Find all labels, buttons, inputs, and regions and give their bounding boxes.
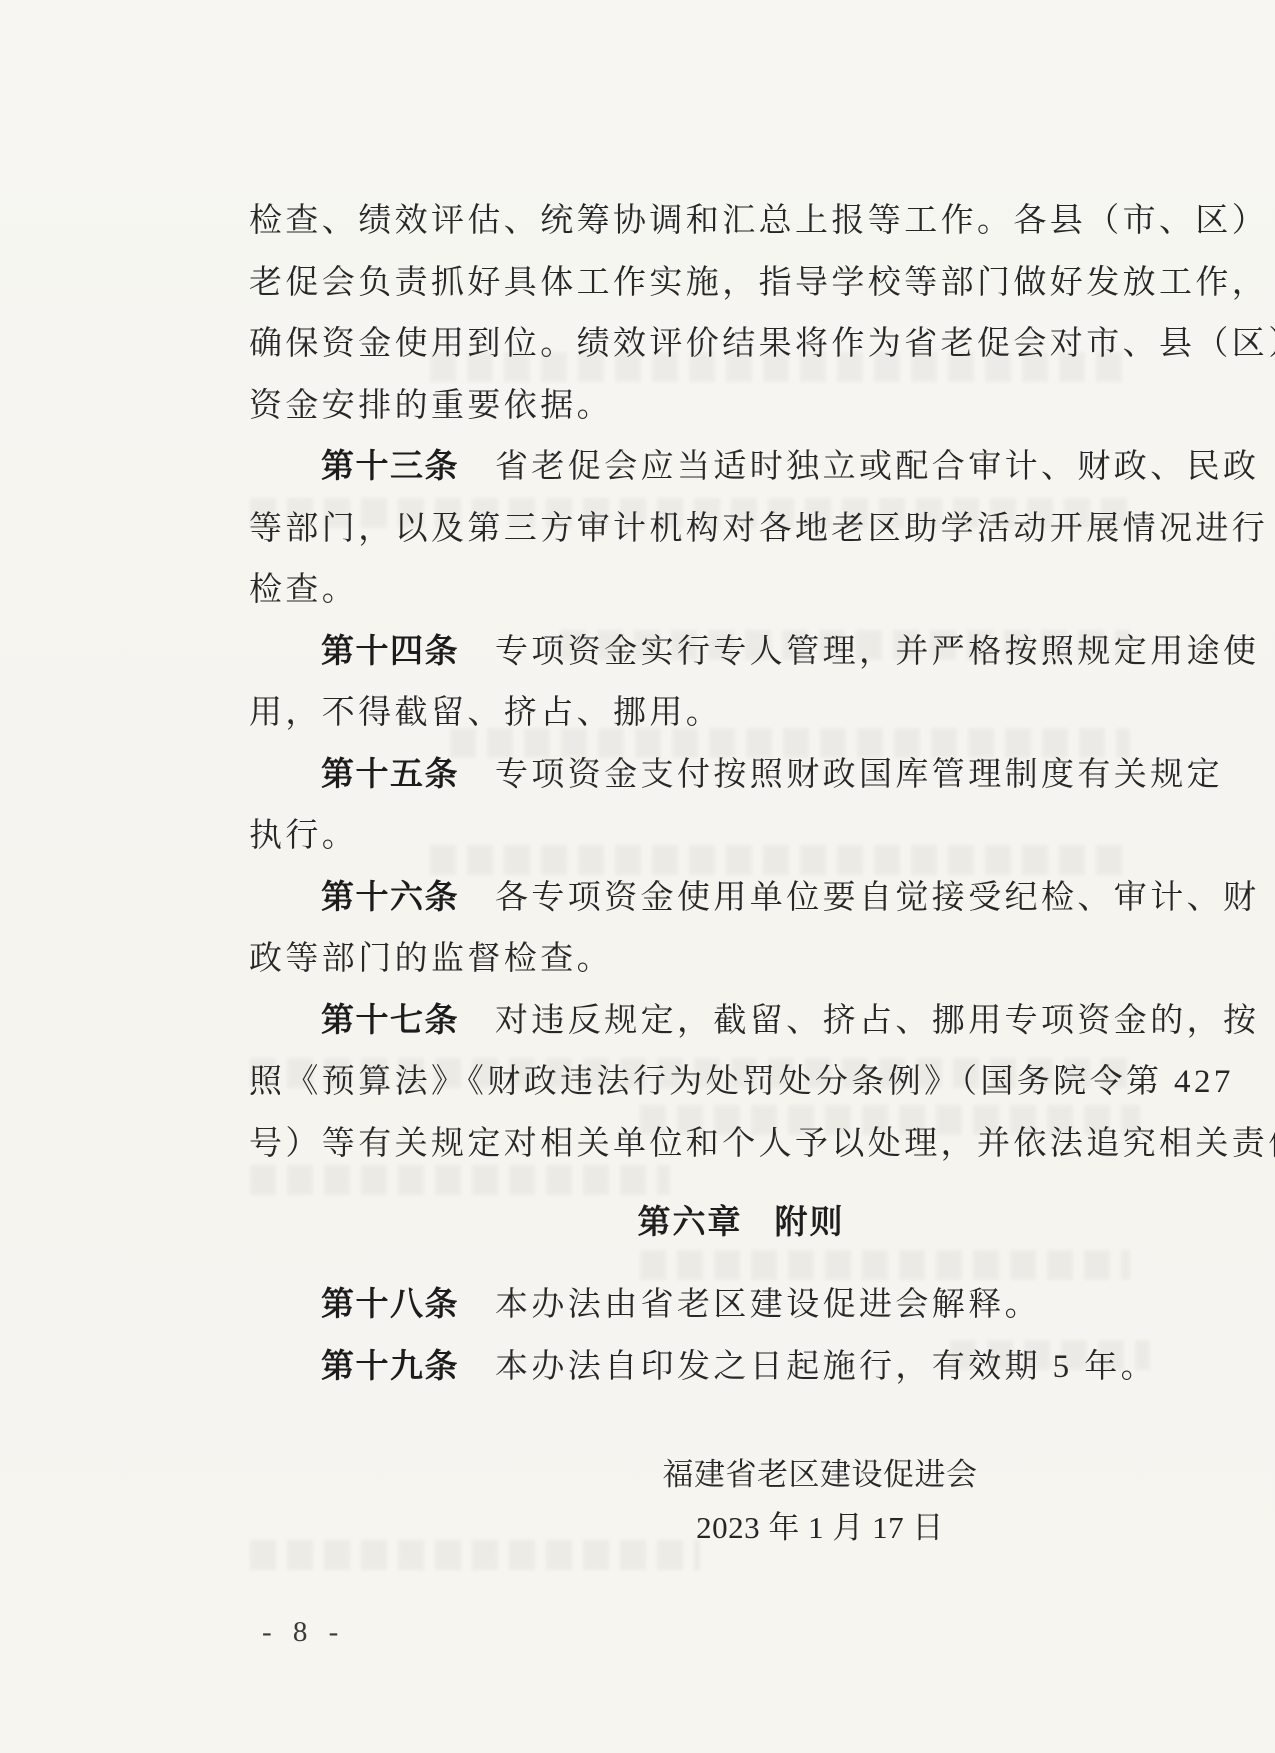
line-text: 确保资金使用到位。绩效评价结果将作为省老促会对市、县（区） xyxy=(249,326,1275,362)
line-text: 号）等有关规定对相关单位和个人予以处理，并依法追究相关责任。 xyxy=(249,1126,1275,1162)
line-text: 照《预算法》《财政违法行为处罚处分条例》（国务院令第 427 xyxy=(249,1064,1234,1100)
line-text: 本办法自印发之日起施行，有效期 5 年。 xyxy=(495,1349,1157,1385)
line-text: 检查、绩效评估、统筹协调和汇总上报等工作。各县（市、区） xyxy=(249,203,1268,239)
chapter-title: 附则 xyxy=(775,1205,845,1241)
line-text: 省老促会应当适时独立或配合审计、财政、民政 xyxy=(495,449,1259,485)
body-line: 老促会负责抓好具体工作实施，指导学校等部门做好发放工作， xyxy=(249,253,1233,315)
closing-articles: 第十八条本办法由省老区建设促进会解释。 第十九条本办法自印发之日起施行，有效期 … xyxy=(249,1275,1233,1398)
body-line-article-16: 第十六条各专项资金使用单位要自觉接受纪检、审计、财 xyxy=(249,868,1233,930)
signature-date: 2023 年 1 月 17 日 xyxy=(620,1501,1020,1554)
article-number: 第十四条 xyxy=(321,634,459,670)
line-text: 本办法由省老区建设促进会解释。 xyxy=(495,1287,1041,1323)
body-line: 执行。 xyxy=(249,806,1233,868)
body-line-article-14: 第十四条专项资金实行专人管理，并严格按照规定用途使 xyxy=(249,622,1233,684)
body-line: 用，不得截留、挤占、挪用。 xyxy=(249,683,1233,745)
signature-organization: 福建省老区建设促进会 xyxy=(620,1448,1020,1501)
line-text: 资金安排的重要依据。 xyxy=(249,388,613,424)
body-line: 检查、绩效评估、统筹协调和汇总上报等工作。各县（市、区） xyxy=(249,191,1233,253)
page-number: - 8 - xyxy=(262,1616,345,1649)
scanned-document-page: 检查、绩效评估、统筹协调和汇总上报等工作。各县（市、区） 老促会负责抓好具体工作… xyxy=(0,0,1275,1753)
line-text: 检查。 xyxy=(249,572,358,608)
line-text: 各专项资金使用单位要自觉接受纪检、审计、财 xyxy=(495,880,1259,916)
signature-block: 福建省老区建设促进会 2023 年 1 月 17 日 xyxy=(620,1448,1020,1554)
body-line-article-19: 第十九条本办法自印发之日起施行，有效期 5 年。 xyxy=(249,1337,1233,1399)
article-number: 第十六条 xyxy=(321,880,459,916)
article-number: 第十九条 xyxy=(321,1349,459,1385)
line-text: 用，不得截留、挤占、挪用。 xyxy=(249,695,722,731)
article-number: 第十八条 xyxy=(321,1287,459,1323)
line-text: 专项资金实行专人管理，并严格按照规定用途使 xyxy=(495,634,1259,670)
article-number: 第十三条 xyxy=(321,449,459,485)
body-line: 检查。 xyxy=(249,560,1233,622)
article-number: 第十七条 xyxy=(321,1003,459,1039)
body-line-article-15: 第十五条专项资金支付按照财政国库管理制度有关规定 xyxy=(249,745,1233,807)
body-line: 政等部门的监督检查。 xyxy=(249,929,1233,991)
body-line-article-17: 第十七条对违反规定，截留、挤占、挪用专项资金的，按 xyxy=(249,991,1233,1053)
line-text: 老促会负责抓好具体工作实施，指导学校等部门做好发放工作， xyxy=(249,265,1268,301)
body-line: 资金安排的重要依据。 xyxy=(249,376,1233,438)
document-body: 检查、绩效评估、统筹协调和汇总上报等工作。各县（市、区） 老促会负责抓好具体工作… xyxy=(249,191,1233,1175)
body-line-article-18: 第十八条本办法由省老区建设促进会解释。 xyxy=(249,1275,1233,1337)
body-line: 确保资金使用到位。绩效评价结果将作为省老促会对市、县（区） xyxy=(249,314,1233,376)
body-line: 等部门，以及第三方审计机构对各地老区助学活动开展情况进行 xyxy=(249,499,1233,561)
article-number: 第十五条 xyxy=(321,757,459,793)
line-text: 专项资金支付按照财政国库管理制度有关规定 xyxy=(495,757,1223,793)
line-text: 对违反规定，截留、挤占、挪用专项资金的，按 xyxy=(495,1003,1259,1039)
line-text: 执行。 xyxy=(249,818,358,854)
body-line: 照《预算法》《财政违法行为处罚处分条例》（国务院令第 427 xyxy=(249,1052,1233,1114)
line-text: 等部门，以及第三方审计机构对各地老区助学活动开展情况进行 xyxy=(249,511,1268,547)
chapter-number: 第六章 xyxy=(638,1205,743,1241)
body-line-article-13: 第十三条省老促会应当适时独立或配合审计、财政、民政 xyxy=(249,437,1233,499)
line-text: 政等部门的监督检查。 xyxy=(249,941,613,977)
chapter-heading: 第六章附则 xyxy=(249,1192,1233,1254)
body-line: 号）等有关规定对相关单位和个人予以处理，并依法追究相关责任。 xyxy=(249,1114,1233,1176)
